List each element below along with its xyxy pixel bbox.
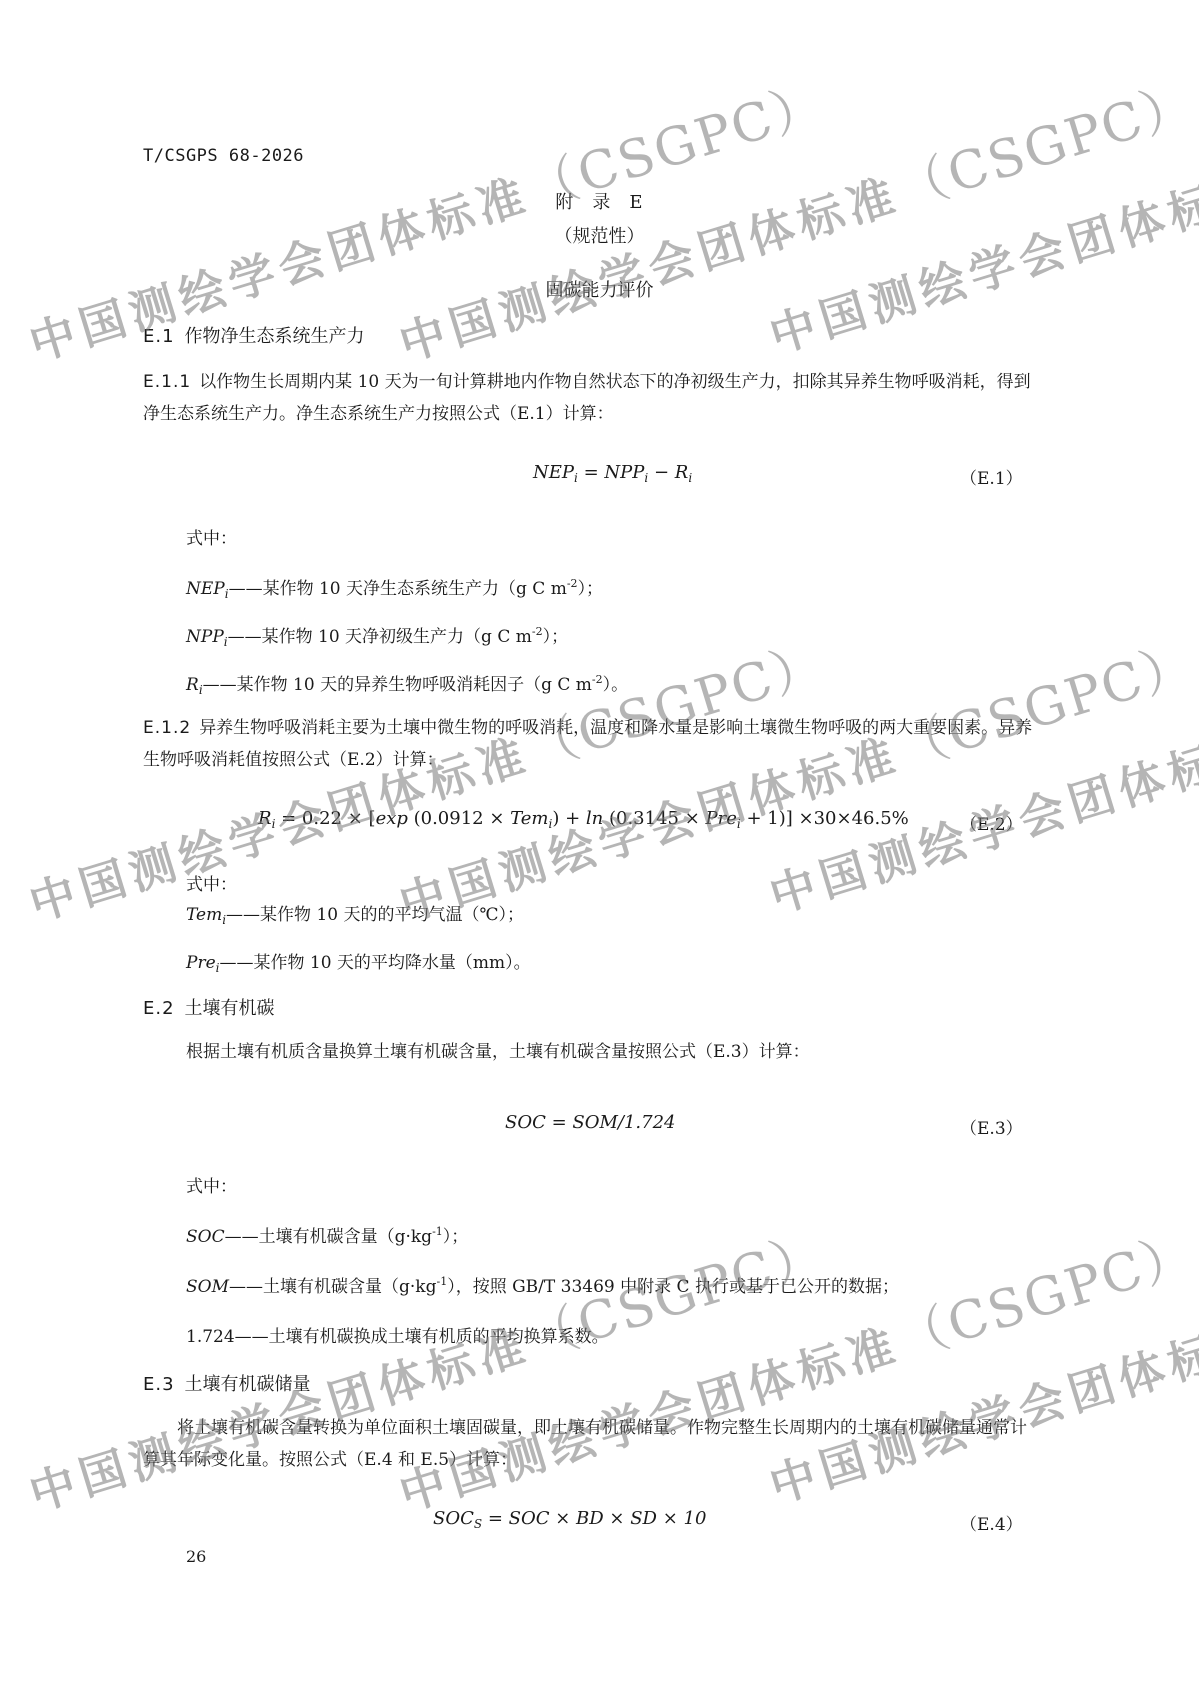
- formula-number-e1: （E.1）: [960, 464, 1023, 489]
- appendix-type: （规范性）: [0, 222, 1199, 248]
- term-description: ——某作物 10 天的异养生物呼吸消耗因子（g C m: [203, 675, 592, 695]
- formula-operator: =: [578, 462, 605, 483]
- page-number: 26: [186, 1547, 206, 1566]
- watermark: 中国测绘学会团体标准（CSGPC）: [18, 61, 833, 375]
- term-definition: NEPi——某作物 10 天净生态系统生产力（g C m-2）；: [186, 574, 603, 601]
- formula-e4: SOCS = SOC × BD × SD × 10: [433, 1508, 706, 1531]
- section-number: E.3: [143, 1374, 175, 1395]
- watermark-text: （CSGPC）: [519, 1223, 833, 1371]
- formula-function: exp: [376, 808, 408, 829]
- formula-operator: −: [648, 462, 675, 483]
- term-definition: SOM——土壤有机碳含量（g·kg-1），按照 GB/T 33469 中附录 C…: [186, 1272, 899, 1297]
- term-tail: ），按照 GB/T 33469 中附录 C 执行或基于已公开的数据；: [447, 1277, 899, 1297]
- standard-code: T/CSGPS 68-2026: [143, 146, 304, 166]
- clause-text: 以作物生长周期内某 10 天为一旬计算耕地内作物自然状态下的净初级生产力，扣除其…: [143, 372, 1031, 424]
- unit-superscript: -2: [567, 577, 578, 590]
- watermark: 中国测绘学会团体标准（CSGPC）: [18, 621, 833, 935]
- clause-number: E.1.2: [143, 718, 191, 738]
- term-tail: ）；: [443, 1227, 469, 1247]
- watermark-text: （CSGPC）: [889, 1223, 1199, 1371]
- section-title: 土壤有机碳: [185, 998, 275, 1019]
- term-symbol: NEP: [186, 579, 225, 599]
- watermark: 中国测绘学会团体标准（CSGPC）: [388, 621, 1199, 935]
- clause-e1-2: E.1.2异养生物呼吸消耗主要为土壤中微生物的呼吸消耗，温度和降水量是影响土壤微…: [143, 712, 1043, 776]
- formula-subscript: S: [474, 1517, 482, 1531]
- formula-symbol: NPP: [604, 462, 644, 483]
- where-label: 式中：: [186, 870, 237, 895]
- formula-text: (0.3145 ×: [603, 808, 705, 829]
- paragraph-e2: 根据土壤有机质含量换算土壤有机碳含量，土壤有机碳含量按照公式（E.3）计算：: [186, 1036, 1086, 1068]
- appendix-heading: 附录E: [0, 188, 1199, 214]
- term-tail: ）；: [578, 579, 604, 599]
- term-symbol: NPP: [186, 627, 224, 647]
- term-symbol: R: [186, 675, 199, 695]
- term-symbol: Tem: [186, 905, 222, 925]
- formula-text: + 1)] ×30×46.5%: [741, 808, 909, 829]
- watermark: 中国测绘学会团体标准（CSGPC）: [388, 1211, 1199, 1525]
- section-title: 作物净生态系统生产力: [185, 326, 365, 347]
- formula-e2: Ri = 0.22 × [exp (0.0912 × Temi) + ln (0…: [258, 808, 909, 831]
- section-title: 土壤有机碳储量: [185, 1374, 311, 1395]
- formula-symbol: SOC: [433, 1508, 474, 1529]
- formula-text: = 0.22 × [: [275, 808, 375, 829]
- formula-symbol: Tem: [510, 808, 548, 829]
- appendix-letter: E: [629, 192, 643, 213]
- where-label: 式中：: [186, 1172, 237, 1197]
- section-heading-e1: E.1作物净生态系统生产力: [143, 322, 365, 348]
- term-description: ——土壤有机碳含量（g·kg: [229, 1277, 436, 1297]
- unit-superscript: -1: [432, 1225, 443, 1238]
- formula-text: ) +: [552, 808, 586, 829]
- term-definition: Ri——某作物 10 天的异养生物呼吸消耗因子（g C m-2）。: [186, 670, 628, 697]
- clause-number: E.1.1: [143, 372, 191, 392]
- section-number: E.2: [143, 998, 175, 1019]
- term-symbol: Pre: [186, 953, 216, 973]
- term-description: ——某作物 10 天的的平均气温（℃）；: [226, 905, 524, 925]
- formula-symbol: NEP: [533, 462, 574, 483]
- where-label: 式中：: [186, 524, 237, 549]
- unit-superscript: -2: [532, 625, 543, 638]
- unit-superscript: -2: [592, 673, 603, 686]
- term-description: ——土壤有机碳换成土壤有机质的平均换算系数。: [235, 1327, 609, 1347]
- formula-number-e4: （E.4）: [960, 1510, 1023, 1535]
- document-page: T/CSGPS 68-2026 附录E （规范性） 固碳能力评价 E.1作物净生…: [0, 0, 1199, 1696]
- watermark: 中国测绘学会团体标准: [761, 151, 1199, 366]
- formula-number-e3: （E.3）: [960, 1114, 1023, 1139]
- formula-symbol: R: [258, 808, 272, 829]
- term-symbol: SOC: [186, 1227, 225, 1247]
- term-definition: 1.724——土壤有机碳换成土壤有机质的平均换算系数。: [186, 1322, 609, 1347]
- unit-superscript: -1: [436, 1275, 447, 1288]
- term-definition: Prei——某作物 10 天的平均降水量（mm）。: [186, 948, 531, 975]
- term-symbol: SOM: [186, 1277, 229, 1297]
- term-definition: SOC——土壤有机碳含量（g·kg-1）；: [186, 1222, 468, 1247]
- clause-e1-1: E.1.1以作物生长周期内某 10 天为一旬计算耕地内作物自然状态下的净初级生产…: [143, 366, 1043, 430]
- paragraph-e3: 将土壤有机碳含量转换为单位面积土壤固碳量，即土壤有机碳储量。作物完整生长周期内的…: [143, 1412, 1043, 1476]
- term-tail: ）。: [603, 675, 629, 695]
- term-definition: Temi——某作物 10 天的的平均气温（℃）；: [186, 900, 524, 927]
- term-description: ——土壤有机碳含量（g·kg: [225, 1227, 432, 1247]
- watermark: 中国测绘学会团体标准（CSGPC）: [388, 61, 1199, 375]
- formula-text: = SOC × BD × SD × 10: [482, 1508, 706, 1529]
- watermark: 中国测绘学会团体标准: [761, 1301, 1199, 1516]
- watermark: 中国测绘学会团体标准（CSGPC）: [18, 1211, 833, 1525]
- term-description: ——某作物 10 天净生态系统生产力（g C m: [229, 579, 567, 599]
- section-heading-e3: E.3土壤有机碳储量: [143, 1370, 311, 1396]
- formula-function: ln: [586, 808, 603, 829]
- term-definition: NPPi——某作物 10 天净初级生产力（g C m-2）；: [186, 622, 568, 649]
- formula-e1: NEPi = NPPi − Ri: [533, 462, 692, 485]
- section-heading-e2: E.2土壤有机碳: [143, 994, 275, 1020]
- term-symbol: 1.724: [186, 1327, 235, 1347]
- formula-e3: SOC = SOM/1.724: [505, 1112, 676, 1133]
- formula-number-e2: （E.2）: [960, 810, 1023, 835]
- term-tail: ）；: [543, 627, 569, 647]
- term-description: ——某作物 10 天净初级生产力（g C m: [228, 627, 532, 647]
- formula-symbol: Pre: [706, 808, 737, 829]
- clause-text: 异养生物呼吸消耗主要为土壤中微生物的呼吸消耗，温度和降水量是影响土壤微生物呼吸的…: [143, 718, 1032, 770]
- appendix-label-2: 录: [592, 192, 611, 213]
- formula-symbol: R: [675, 462, 689, 483]
- term-description: ——某作物 10 天的平均降水量（mm）。: [219, 953, 530, 973]
- formula-subscript: i: [688, 471, 692, 485]
- appendix-label: 附: [555, 192, 574, 213]
- section-number: E.1: [143, 326, 175, 347]
- formula-text: (0.0912 ×: [408, 808, 510, 829]
- appendix-title: 固碳能力评价: [0, 276, 1199, 302]
